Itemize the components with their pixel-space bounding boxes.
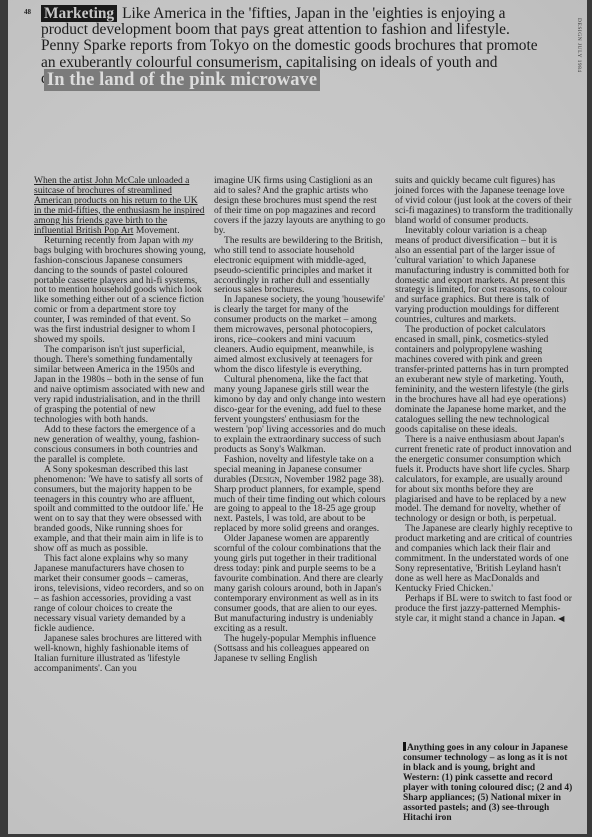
paragraph: There is a naive enthusiasm about Japan'… — [395, 435, 573, 525]
paragraph: Inevitably colour variation is a cheap m… — [395, 226, 573, 326]
paragraph-text: , November 1982 page 38). Sharp product … — [214, 474, 386, 535]
caption-text: Anything goes in any colour in Japanese … — [403, 743, 572, 823]
paragraph: Perhaps if BL were to switch to fast foo… — [395, 594, 573, 624]
lead-paragraph: When the artist John McCale unloaded a s… — [34, 176, 206, 236]
paragraph: Fashion, novelty and lifestyle take on a… — [214, 455, 386, 535]
article-column-1: When the artist John McCale unloaded a s… — [34, 176, 206, 674]
paragraph-text: bags bulging with brochures showing youn… — [34, 245, 206, 346]
paragraph: The results are bewildering to the Briti… — [214, 236, 386, 296]
running-footer-vertical: DESIGN JULY 1984 — [576, 18, 582, 73]
paragraph: The hugely-popular Memphis influence (So… — [214, 634, 386, 664]
paragraph: Cultural phenomena, like the fact that m… — [214, 375, 386, 455]
headline: In the land of the pink microwave — [44, 69, 320, 91]
paragraph: The production of pocket calculators enc… — [395, 325, 573, 434]
paragraph: A Sony spokesman described this last phe… — [34, 465, 206, 555]
paragraph-text: Perhaps if BL were to switch to fast foo… — [395, 593, 572, 624]
paragraph: The Japanese are clearly highly receptiv… — [395, 524, 573, 594]
magazine-page: 48 DESIGN JULY 1984 MarketingLike Americ… — [8, 0, 587, 834]
page-number: 48 — [24, 8, 31, 16]
photo-caption: Anything goes in any colour in Japanese … — [403, 742, 573, 823]
paragraph: This fact alone explains why so many Jap… — [34, 554, 206, 634]
paragraph: In Japanese society, the young 'housewif… — [214, 295, 386, 375]
paragraph: suits and quickly became cult figures) h… — [395, 176, 573, 226]
article-column-2: imagine UK firms using Castiglioni as an… — [214, 176, 386, 664]
caption-marker-icon — [403, 742, 406, 751]
section-tag: Marketing — [41, 5, 117, 22]
paragraph: Japanese sales brochures are littered wi… — [34, 634, 206, 674]
paragraph: Add to these factors the emergence of a … — [34, 425, 206, 465]
paragraph: Older Japanese women are apparently scor… — [214, 534, 386, 634]
paragraph: Returning recently from Japan with my ba… — [34, 236, 206, 345]
paragraph: imagine UK firms using Castiglioni as an… — [214, 176, 386, 236]
paragraph: The comparison isn't just superficial, t… — [34, 345, 206, 425]
end-mark-icon: ◀ — [558, 614, 564, 623]
article-column-3: suits and quickly became cult figures) h… — [395, 176, 573, 624]
